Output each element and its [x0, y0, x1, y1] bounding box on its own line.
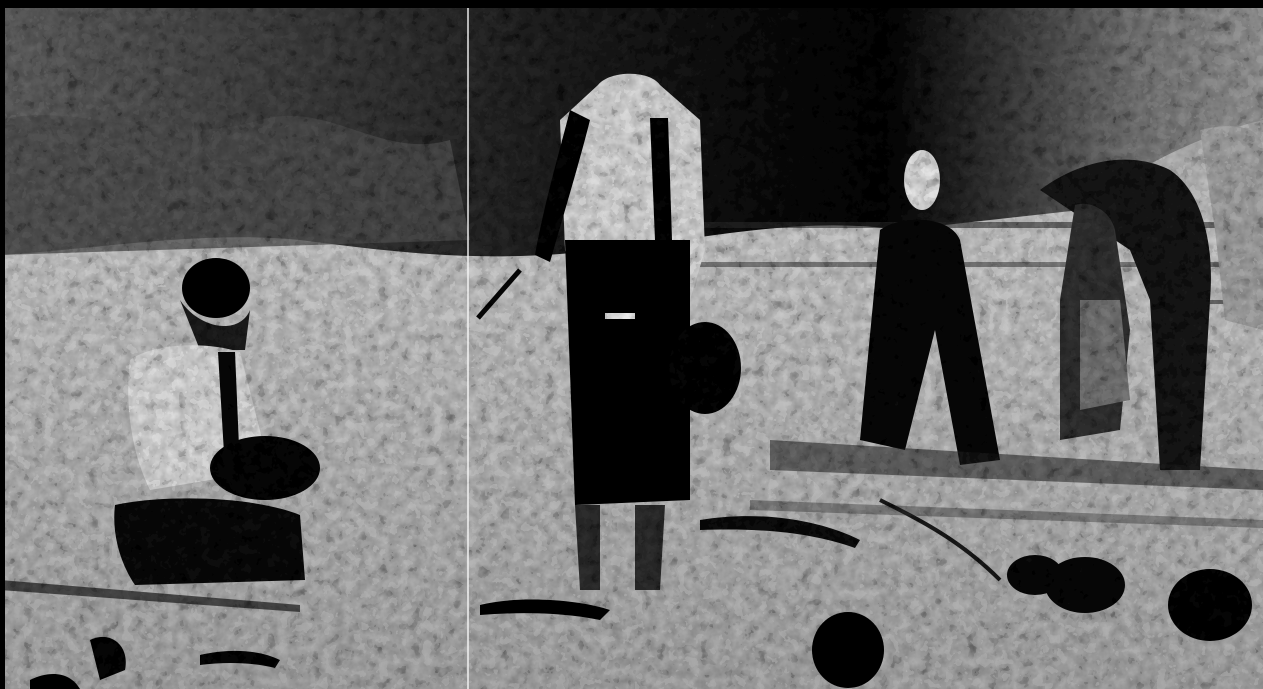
- top-border: [0, 0, 1263, 8]
- left-border: [0, 0, 5, 689]
- photograph: [0, 0, 1263, 689]
